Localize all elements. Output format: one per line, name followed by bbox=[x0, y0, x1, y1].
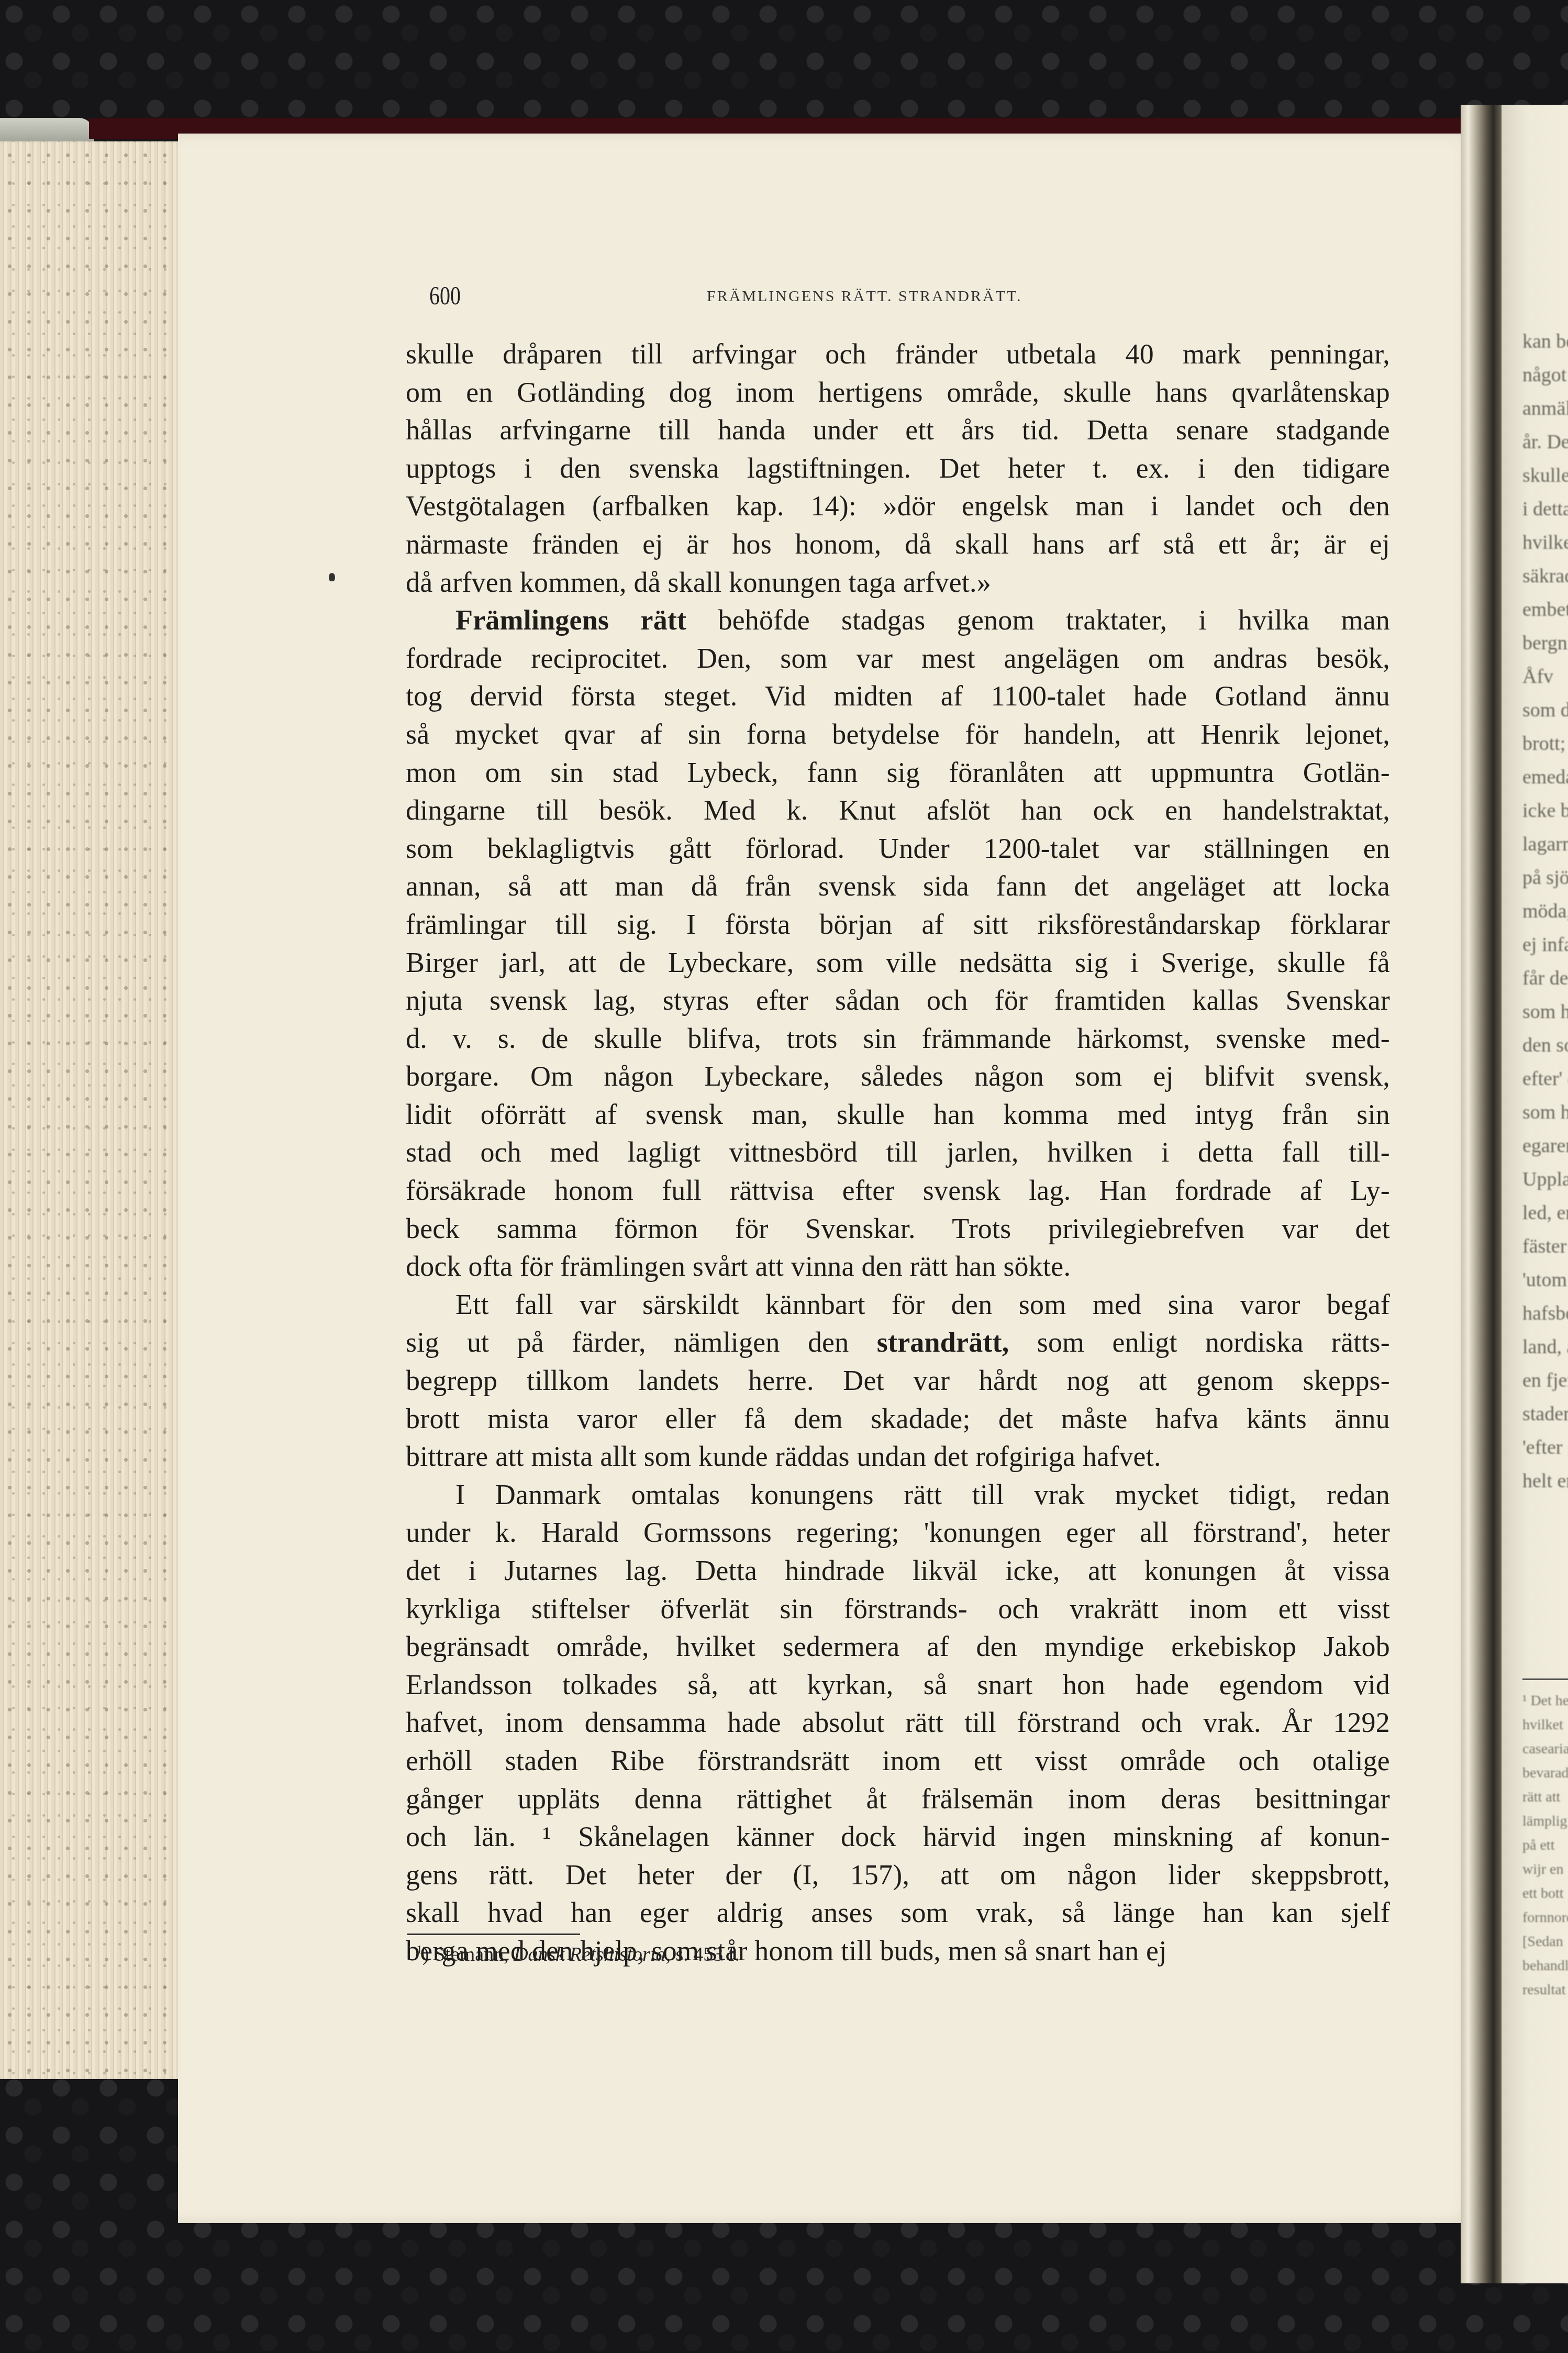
text-run: sig ut på färder, nämligen den bbox=[406, 1327, 877, 1358]
text-line: mon om sin stad Lybeck, fann sig föranlå… bbox=[406, 754, 1390, 792]
text-run: behöfde stadgas genom traktater, i hvilk… bbox=[686, 604, 1390, 636]
body-text: skulle dråparen till arfvingar och fränd… bbox=[406, 335, 1390, 1970]
text-line: närmaste fränden ej är hos honom, då ska… bbox=[406, 525, 1390, 564]
right-page-line: 'utom vä bbox=[1522, 1263, 1568, 1297]
text-line: beck samma förmon för Svenskar. Trots pr… bbox=[406, 1210, 1390, 1248]
text-line: Vestgötalagen (arfbalken kap. 14): »dör … bbox=[406, 487, 1390, 525]
right-page-line: på sjöne bbox=[1522, 861, 1568, 894]
text-run: under k. Harald Gormssons regering; 'kon… bbox=[406, 1517, 1390, 1548]
footnote-rest: , s. 453 f. bbox=[665, 1943, 739, 1965]
footnote-marker: 1 bbox=[416, 1943, 422, 1957]
text-run: gens rätt. Det heter der (I, 157), att o… bbox=[406, 1859, 1390, 1891]
right-page-line: 'efter go bbox=[1522, 1431, 1568, 1464]
text-line: borgare. Om någon Lybeckare, således någ… bbox=[406, 1057, 1390, 1096]
text-run: skulle dråparen till arfvingar och fränd… bbox=[406, 338, 1390, 370]
text-line: lidit oförrätt af svensk man, skulle han… bbox=[406, 1096, 1390, 1134]
right-footnote-line: resultat bbox=[1522, 1978, 1568, 2002]
text-line: främlingar till sig. I första början af … bbox=[406, 905, 1390, 944]
text-run: stad och med lagligt vittnesbörd till ja… bbox=[406, 1136, 1390, 1168]
text-line: om en Gotländing dog inom hertigens områ… bbox=[406, 373, 1390, 412]
running-header: 600 FRÄMLINGENS RÄTT. STRANDRÄTT. bbox=[403, 280, 1398, 312]
right-page-footnotes: ¹ Det hehvilketcaseariabevaradrätt attlä… bbox=[1522, 1689, 1568, 2002]
text-run: gånger uppläts denna rättighet åt frälse… bbox=[406, 1783, 1390, 1815]
text-line: så mycket qvar af sin forna betydelse fö… bbox=[406, 715, 1390, 754]
text-run: tog dervid första steget. Vid midten af … bbox=[406, 680, 1390, 712]
text-run: om en Gotländing dog inom hertigens områ… bbox=[406, 377, 1390, 408]
right-page-line: år. De bbox=[1522, 425, 1568, 459]
page-number: 600 bbox=[429, 280, 461, 311]
book-cover-corner bbox=[0, 118, 94, 144]
text-line: och län. ¹ Skånelagen känner dock härvid… bbox=[406, 1818, 1390, 1856]
right-page-line: land, att bbox=[1522, 1330, 1568, 1364]
text-line: begrepp tillkom landets herre. Det var h… bbox=[406, 1362, 1390, 1400]
text-line: njuta svensk lag, styras efter sådan och… bbox=[406, 981, 1390, 1020]
book-gutter bbox=[1461, 105, 1503, 2283]
right-page-line: helt enke bbox=[1522, 1464, 1568, 1498]
text-line: annan, så att man då från svensk sida fa… bbox=[406, 867, 1390, 905]
text-line: dock ofta för främlingen svårt att vinna… bbox=[406, 1247, 1390, 1286]
text-run: I Danmark omtalas konungens rätt till vr… bbox=[455, 1479, 1390, 1510]
text-line: I Danmark omtalas konungens rätt till vr… bbox=[406, 1476, 1390, 1514]
text-line: begränsadt område, hvilket sedermera af … bbox=[406, 1628, 1390, 1666]
text-run: erhöll staden Ribe förstrandsrätt inom e… bbox=[406, 1745, 1390, 1776]
text-line: dingarne till besök. Med k. Knut afslöt … bbox=[406, 791, 1390, 830]
text-line: Erlandsson tolkades så, att kyrkan, så s… bbox=[406, 1666, 1390, 1704]
footnote-title: Dansk Retshistoria bbox=[514, 1943, 665, 1965]
text-run: främlingar till sig. I första början af … bbox=[406, 909, 1390, 940]
text-run: försäkrade honom full rättvisa efter sve… bbox=[406, 1175, 1390, 1206]
right-page-line: i detta bbox=[1522, 492, 1568, 526]
text-line: skall hvad han eger aldrig anses som vra… bbox=[406, 1894, 1390, 1932]
text-line: fordrade reciprocitet. Den, som var mest… bbox=[406, 639, 1390, 678]
right-footnote-line: wijr en bbox=[1522, 1858, 1568, 1882]
right-page-line: säkrad bbox=[1522, 559, 1568, 593]
text-run: bittrare att mista allt som kunde räddas… bbox=[406, 1441, 1161, 1472]
text-line: gens rätt. Det heter der (I, 157), att o… bbox=[406, 1856, 1390, 1894]
text-run: upptogs i den svenska lagstiftningen. De… bbox=[406, 452, 1390, 484]
text-line: brott mista varor eller få dem skadade; … bbox=[406, 1400, 1390, 1438]
text-run: begränsadt område, hvilket sedermera af … bbox=[406, 1631, 1390, 1662]
footnote-rule bbox=[407, 1934, 580, 1935]
right-page-line: led, en bbox=[1522, 1196, 1568, 1230]
right-page-line: efter' de bbox=[1522, 1062, 1568, 1096]
text-run: beck samma förmon för Svenskar. Trots pr… bbox=[406, 1213, 1390, 1244]
right-page-line: möda, hå bbox=[1522, 894, 1568, 928]
right-page-line: brott; d bbox=[1522, 727, 1568, 760]
right-footnote-line: hvilket bbox=[1522, 1713, 1568, 1737]
text-run: d. v. s. de skulle blifva, trots sin frä… bbox=[406, 1023, 1390, 1054]
text-run: begrepp tillkom landets herre. Det var h… bbox=[406, 1365, 1390, 1396]
right-page-line: icke bel bbox=[1522, 794, 1568, 827]
right-page-line: anmäler bbox=[1522, 392, 1568, 425]
right-footnote-rule bbox=[1522, 1678, 1568, 1680]
text-run: det i Jutarnes lag. Detta hindrade likvä… bbox=[406, 1555, 1390, 1586]
right-page: kan bernågot ganmälerår. Deskulle fi det… bbox=[1502, 105, 1568, 2283]
right-page-line: lagarna bbox=[1522, 827, 1568, 861]
right-page-line: skulle f bbox=[1522, 459, 1568, 492]
text-run: borgare. Om någon Lybeckare, således någ… bbox=[406, 1060, 1390, 1092]
right-footnote-line: bevarad bbox=[1522, 1761, 1568, 1785]
text-run: som enligt nordiska rätts- bbox=[1009, 1327, 1390, 1358]
right-page-line: en fjerde bbox=[1522, 1364, 1568, 1397]
bold-term: Främlingens rätt bbox=[455, 604, 686, 636]
text-run: som beklagligtvis gått förlorad. Under 1… bbox=[406, 833, 1390, 864]
text-line: hållas arfvingarne till handa under ett … bbox=[406, 411, 1390, 449]
text-run: kyrkliga stiftelser öfverlät sin förstra… bbox=[406, 1593, 1390, 1625]
right-page-line: som dre bbox=[1522, 693, 1568, 727]
right-page-line: ej infann bbox=[1522, 928, 1568, 962]
margin-ink-mark bbox=[329, 573, 335, 581]
text-run: fordrade reciprocitet. Den, som var mest… bbox=[406, 643, 1390, 674]
right-page-line: som hjelp bbox=[1522, 1096, 1568, 1129]
right-page-line: emedan bbox=[1522, 760, 1568, 794]
text-run: Birger jarl, att de Lybeckare, som ville… bbox=[406, 947, 1390, 978]
right-footnote-line: fornnord bbox=[1522, 1906, 1568, 1930]
text-line: Ett fall var särskildt kännbart för den … bbox=[406, 1286, 1390, 1324]
text-line: d. v. s. de skulle blifva, trots sin frä… bbox=[406, 1020, 1390, 1058]
running-title: FRÄMLINGENS RÄTT. STRANDRÄTT. bbox=[707, 288, 1022, 305]
text-line: Främlingens rätt behöfde stadgas genom t… bbox=[406, 601, 1390, 639]
right-page-line: hafsbottn bbox=[1522, 1297, 1568, 1330]
text-line: hafvet, inom densamma hade absolut rätt … bbox=[406, 1704, 1390, 1742]
text-run: skall hvad han eger aldrig anses som vra… bbox=[406, 1897, 1390, 1928]
right-page-line: Upplands bbox=[1522, 1163, 1568, 1196]
text-run: Vestgötalagen (arfbalken kap. 14): »dör … bbox=[406, 490, 1390, 522]
right-footnote-line: rätt att bbox=[1522, 1785, 1568, 1809]
right-page-line: som hitta bbox=[1522, 995, 1568, 1029]
right-page-text: kan bernågot ganmälerår. Deskulle fi det… bbox=[1522, 325, 1568, 1498]
text-run: njuta svensk lag, styras efter sådan och… bbox=[406, 985, 1390, 1016]
text-run: så mycket qvar af sin forna betydelse fö… bbox=[406, 719, 1390, 750]
text-run: Ett fall var särskildt kännbart för den … bbox=[455, 1289, 1390, 1320]
text-line: tog dervid första steget. Vid midten af … bbox=[406, 677, 1390, 715]
text-line: kyrkliga stiftelser öfverlät sin förstra… bbox=[406, 1590, 1390, 1628]
right-page-line: egaren v bbox=[1522, 1129, 1568, 1163]
text-run: då arfven kommen, då skall konungen taga… bbox=[406, 567, 991, 598]
right-page-line: fäster i h bbox=[1522, 1230, 1568, 1263]
right-page-line: hvilket bbox=[1522, 526, 1568, 559]
right-footnote-line: lämplig bbox=[1522, 1809, 1568, 1833]
right-page-line: något g bbox=[1522, 358, 1568, 392]
right-footnote-line: på ett bbox=[1522, 1833, 1568, 1858]
text-run: hafvet, inom densamma hade absolut rätt … bbox=[406, 1707, 1390, 1738]
right-page-line: får den, bbox=[1522, 962, 1568, 995]
right-page-line: embetsm bbox=[1522, 593, 1568, 626]
text-line: sig ut på färder, nämligen den strandrät… bbox=[406, 1323, 1390, 1362]
right-page-line: Åfv bbox=[1522, 660, 1568, 693]
text-line: det i Jutarnes lag. Detta hindrade likvä… bbox=[406, 1552, 1390, 1590]
bold-term: strandrätt, bbox=[877, 1327, 1009, 1358]
right-page-line: den som bbox=[1522, 1029, 1568, 1062]
text-line: som beklagligtvis gått förlorad. Under 1… bbox=[406, 830, 1390, 868]
text-run: annan, så att man då från svensk sida fa… bbox=[406, 870, 1390, 902]
text-line: försäkrade honom full rättvisa efter sve… bbox=[406, 1172, 1390, 1210]
right-page-line: stadens o bbox=[1522, 1397, 1568, 1431]
text-run: och län. ¹ Skånelagen känner dock härvid… bbox=[406, 1821, 1390, 1852]
text-line: gånger uppläts denna rättighet åt frälse… bbox=[406, 1780, 1390, 1818]
text-line: upptogs i den svenska lagstiftningen. De… bbox=[406, 449, 1390, 488]
right-page-line: bergning bbox=[1522, 626, 1568, 660]
text-line: stad och med lagligt vittnesbörd till ja… bbox=[406, 1133, 1390, 1172]
text-run: närmaste fränden ej är hos honom, då ska… bbox=[406, 528, 1390, 560]
right-page-line: kan ber bbox=[1522, 325, 1568, 358]
right-footnote-line: ett bott bbox=[1522, 1882, 1568, 1906]
text-run: brott mista varor eller få dem skadade; … bbox=[406, 1403, 1390, 1434]
text-line: under k. Harald Gormssons regering; 'kon… bbox=[406, 1514, 1390, 1552]
text-line: då arfven kommen, då skall konungen taga… bbox=[406, 564, 1390, 602]
text-run: lidit oförrätt af svensk man, skulle han… bbox=[406, 1099, 1390, 1130]
text-run: hållas arfvingarne till handa under ett … bbox=[406, 414, 1390, 446]
text-run: dock ofta för främlingen svårt att vinna… bbox=[406, 1251, 1071, 1282]
page-stack-edges bbox=[0, 141, 181, 2079]
text-run: Erlandsson tolkades så, att kyrkan, så s… bbox=[406, 1669, 1390, 1700]
right-footnote-line: [Sedan bbox=[1522, 1930, 1568, 1954]
right-footnote-line: behandla bbox=[1522, 1954, 1568, 1978]
right-footnote-line: casearia bbox=[1522, 1737, 1568, 1761]
text-line: Birger jarl, att de Lybeckare, som ville… bbox=[406, 944, 1390, 982]
text-run: mon om sin stad Lybeck, fann sig föranlå… bbox=[406, 757, 1390, 788]
text-line: bittrare att mista allt som kunde räddas… bbox=[406, 1438, 1390, 1476]
footnote: 1) Stemann, Dansk Retshistoria, s. 453 f… bbox=[416, 1943, 740, 1966]
right-footnote-line: ¹ Det he bbox=[1522, 1689, 1568, 1713]
text-run: dingarne till besök. Med k. Knut afslöt … bbox=[406, 794, 1390, 826]
text-line: erhöll staden Ribe förstrandsrätt inom e… bbox=[406, 1742, 1390, 1780]
text-line: skulle dråparen till arfvingar och fränd… bbox=[406, 335, 1390, 373]
footnote-author: ) Stemann, bbox=[422, 1943, 514, 1965]
